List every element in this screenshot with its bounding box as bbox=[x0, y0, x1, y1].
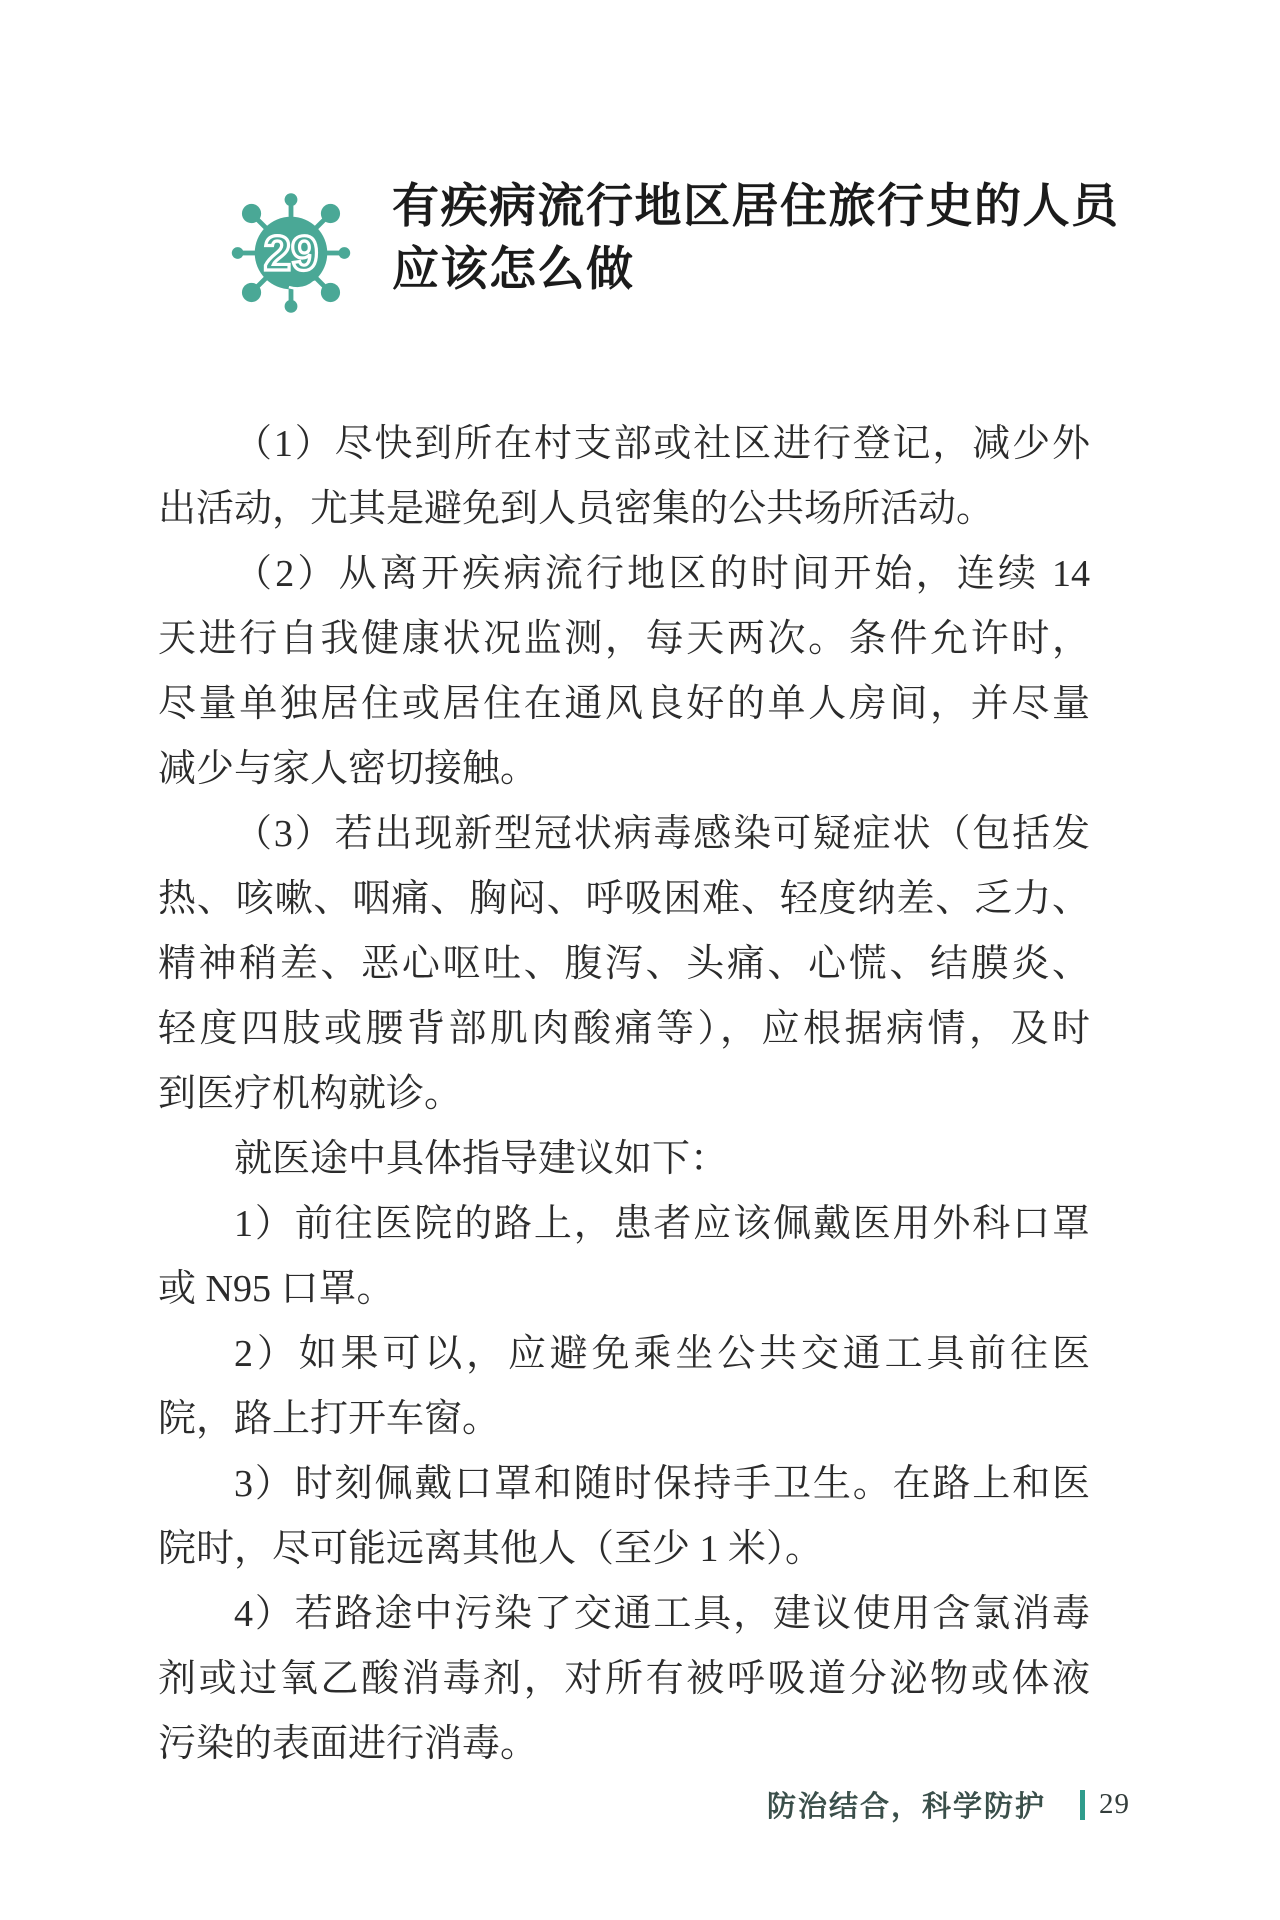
body-line: 剂或过氧乙酸消毒剂，对所有被呼吸道分泌物或体液 bbox=[158, 1647, 1090, 1712]
body-line: 精神稍差、恶心呕吐、腹泻、头痛、心慌、结膜炎、 bbox=[158, 932, 1090, 997]
body-line: 院时，尽可能远离其他人（至少 1 米）。 bbox=[158, 1517, 1090, 1582]
body-line: 污染的表面进行消毒。 bbox=[158, 1712, 1090, 1777]
body-line: 出活动，尤其是避免到人员密集的公共场所活动。 bbox=[158, 477, 1090, 542]
body-line: 减少与家人密切接触。 bbox=[158, 737, 1090, 802]
body-line: 1）前往医院的路上，患者应该佩戴医用外科口罩 bbox=[158, 1192, 1090, 1257]
body-line: 天进行自我健康状况监测，每天两次。条件允许时， bbox=[158, 607, 1090, 672]
footer-divider-bar bbox=[1080, 1790, 1085, 1820]
body-line: 轻度四肢或腰背部肌肉酸痛等），应根据病情，及时 bbox=[158, 997, 1090, 1062]
title-line-1: 有疾病流行地区居住旅行史的人员 bbox=[392, 174, 1172, 237]
body-line: 或 N95 口罩。 bbox=[158, 1257, 1090, 1322]
body-line: （3）若出现新型冠状病毒感染可疑症状（包括发 bbox=[158, 802, 1090, 867]
body-line: 院，路上打开车窗。 bbox=[158, 1387, 1090, 1452]
footer: 防治结合，科学防护 29 bbox=[767, 1784, 1130, 1825]
document-page: 29 有疾病流行地区居住旅行史的人员 应该怎么做 （1）尽快到所在村支部或社区进… bbox=[0, 0, 1280, 1920]
body-line: 2）如果可以，应避免乘坐公共交通工具前往医 bbox=[158, 1322, 1090, 1387]
body-text: （1）尽快到所在村支部或社区进行登记，减少外 出活动，尤其是避免到人员密集的公共… bbox=[158, 412, 1090, 1777]
body-line: 4）若路途中污染了交通工具，建议使用含氯消毒 bbox=[158, 1582, 1090, 1647]
body-line: 尽量单独居住或居住在通风良好的单人房间，并尽量 bbox=[158, 672, 1090, 737]
body-line: 到医疗机构就诊。 bbox=[158, 1062, 1090, 1127]
title-line-2: 应该怎么做 bbox=[392, 237, 1172, 300]
body-line: 3）时刻佩戴口罩和随时保持手卫生。在路上和医 bbox=[158, 1452, 1090, 1517]
body-line: 就医途中具体指导建议如下： bbox=[158, 1127, 1090, 1192]
page-title: 有疾病流行地区居住旅行史的人员 应该怎么做 bbox=[392, 174, 1172, 300]
body-line: （1）尽快到所在村支部或社区进行登记，减少外 bbox=[158, 412, 1090, 477]
footer-slogan: 防治结合，科学防护 bbox=[767, 1784, 1046, 1825]
body-line: （2）从离开疾病流行地区的时间开始，连续 14 bbox=[158, 542, 1090, 607]
footer-page-number: 29 bbox=[1099, 1788, 1130, 1821]
virus-badge-icon: 29 bbox=[227, 189, 355, 317]
body-line: 热、咳嗽、咽痛、胸闷、呼吸困难、轻度纳差、乏力、 bbox=[158, 867, 1090, 932]
badge-number: 29 bbox=[264, 227, 319, 281]
